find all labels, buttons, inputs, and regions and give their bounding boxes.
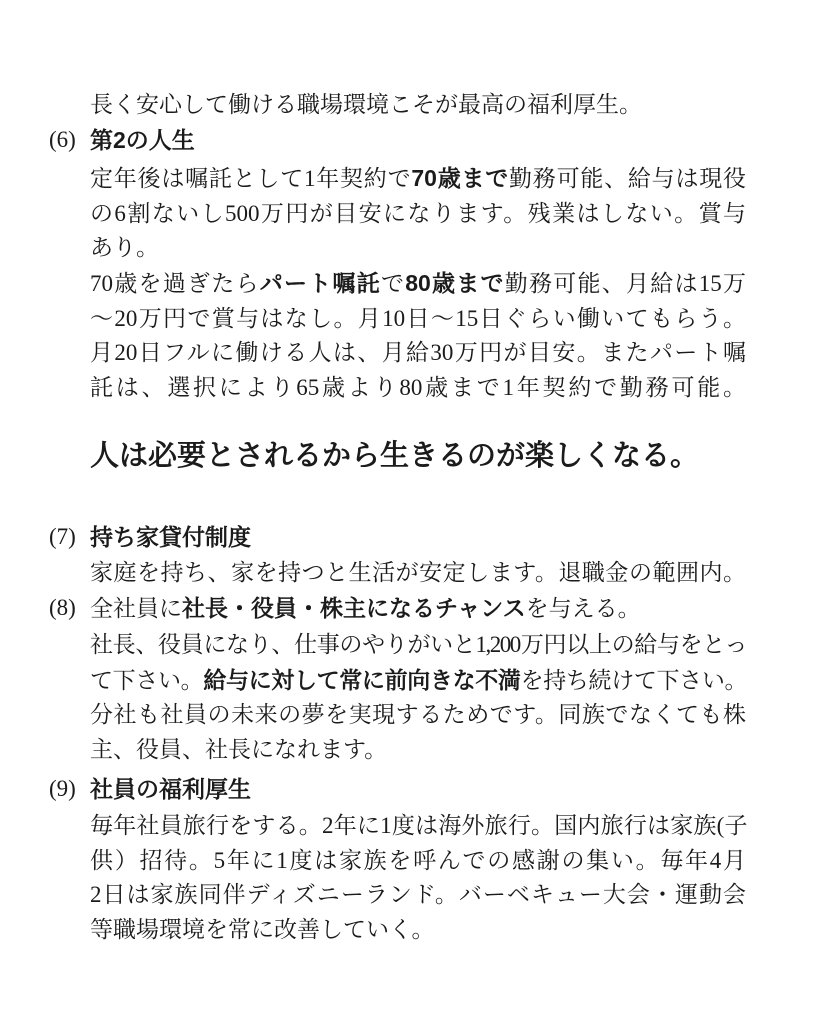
text-segment: 託は、選択により65歳より80歳まで1年契約で勤務可能。 [90, 375, 746, 400]
text-segment: 全社員に [90, 596, 182, 621]
text-line: ～20万円で賞与はなし。月10日～15日ぐらい働いてもらう。 [90, 302, 746, 337]
section-heading: (9)社員の福利厚生 [90, 772, 746, 808]
text-segment: 持ち家貸付制度 [90, 524, 251, 550]
text-line: 分社も社員の未来の夢を実現するためです。同族でなくても株 [90, 698, 746, 733]
text-segment: 供）招待。5年に1度は家族を呼んでの感謝の集い。毎年4月 [90, 848, 746, 873]
document-content: 長く安心して働ける職場環境こそが最高の福利厚生。(6)第2の人生定年後は嘱託とし… [90, 88, 746, 947]
text-line: 供）招待。5年に1度は家族を呼んでの感謝の集い。毎年4月 [90, 844, 746, 879]
text-segment: を与える。 [526, 596, 641, 621]
text-segment: 80歳まで [405, 270, 505, 296]
text-segment: て下さい。 [90, 668, 203, 693]
section-number: (8) [49, 591, 76, 626]
text-segment: あり。 [90, 235, 159, 260]
text-line: て下さい。給与に対して常に前向きな不満を持ち続けて下さい。 [90, 663, 746, 699]
text-segment: 等職場環境を常に改善していく。 [90, 917, 435, 942]
text-line: 毎年社員旅行をする。2年に1度は海外旅行。国内旅行は家族(子 [90, 809, 746, 844]
section-number: (7) [49, 520, 76, 555]
text-segment: 2日は家族同伴ディズニーランド。バーベキュー大会・運動会 [90, 882, 746, 907]
text-line: 長く安心して働ける職場環境こそが最高の福利厚生。 [90, 88, 746, 123]
text-segment: 人は必要とされるから生きるのが楽しくなる。 [90, 440, 699, 472]
text-segment: 長く安心して働ける職場環境こそが最高の福利厚生。 [90, 92, 642, 117]
text-segment: 主、役員、社長になれます。 [90, 737, 387, 762]
text-segment: パート嘱託 [260, 270, 381, 296]
document-page: 長く安心して働ける職場環境こそが最高の福利厚生。(6)第2の人生定年後は嘱託とし… [0, 0, 840, 1024]
text-line: の6割ないし500万円が目安になります。残業はしない。賞与 [90, 197, 746, 232]
text-segment: 勤務可能、給与は現役 [509, 166, 746, 191]
text-segment: 家庭を持ち、家を持つと生活が安定します。退職金の範囲内。 [90, 560, 746, 585]
text-line: 託は、選択により65歳より80歳まで1年契約で勤務可能。 [90, 371, 746, 406]
text-line: 主、役員、社長になれます。 [90, 733, 746, 768]
text-segment: を持ち続けて下さい。 [521, 668, 746, 693]
text-line: 等職場環境を常に改善していく。 [90, 913, 746, 948]
text-line: 家庭を持ち、家を持つと生活が安定します。退職金の範囲内。 [90, 556, 746, 591]
text-line: 定年後は嘱託として1年契約で70歳まで勤務可能、給与は現役 [90, 161, 746, 197]
section-heading: (6)第2の人生 [90, 123, 746, 159]
text-segment: 第2の人生 [90, 127, 195, 153]
text-segment: 70歳を過ぎたら [90, 271, 260, 296]
text-segment: 社長・役員・株主になるチャンス [182, 595, 526, 621]
text-line: あり。 [90, 231, 746, 266]
section-number: (6) [49, 123, 76, 158]
text-segment: 毎年社員旅行をする。2年に1度は海外旅行。国内旅行は家族(子 [90, 813, 746, 838]
text-line: 月20日フルに働ける人は、月給30万円が目安。またパート嘱 [90, 336, 746, 371]
text-segment: の6割ないし500万円が目安になります。残業はしない。賞与 [90, 201, 746, 226]
text-segment: 給与に対して常に前向きな不満 [203, 667, 520, 693]
text-line: 社長、役員になり、仕事のやりがいと1,200万円以上の給与をとっ [90, 628, 746, 663]
section-heading: (8)全社員に社長・役員・株主になるチャンスを与える。 [90, 591, 746, 627]
headline: 人は必要とされるから生きるのが楽しくなる。 [90, 438, 746, 474]
text-segment: 定年後は嘱託として1年契約で [90, 166, 411, 191]
text-line: 70歳を過ぎたらパート嘱託で80歳まで勤務可能、月給は15万 [90, 266, 746, 302]
text-segment: で [381, 271, 405, 296]
text-segment: 勤務可能、月給は15万 [505, 271, 746, 296]
text-segment: 社長、役員になり、仕事のやりがいと1,200万円以上の給与をとっ [90, 632, 746, 657]
section-number: (9) [49, 772, 76, 807]
text-segment: 70歳まで [411, 165, 509, 191]
text-segment: 月20日フルに働ける人は、月給30万円が目安。またパート嘱 [90, 340, 746, 365]
section-heading: (7)持ち家貸付制度 [90, 520, 746, 556]
text-segment: ～20万円で賞与はなし。月10日～15日ぐらい働いてもらう。 [90, 306, 746, 331]
text-segment: 分社も社員の未来の夢を実現するためです。同族でなくても株 [90, 702, 746, 727]
text-segment: 社員の福利厚生 [90, 776, 251, 802]
text-line: 2日は家族同伴ディズニーランド。バーベキュー大会・運動会 [90, 878, 746, 913]
